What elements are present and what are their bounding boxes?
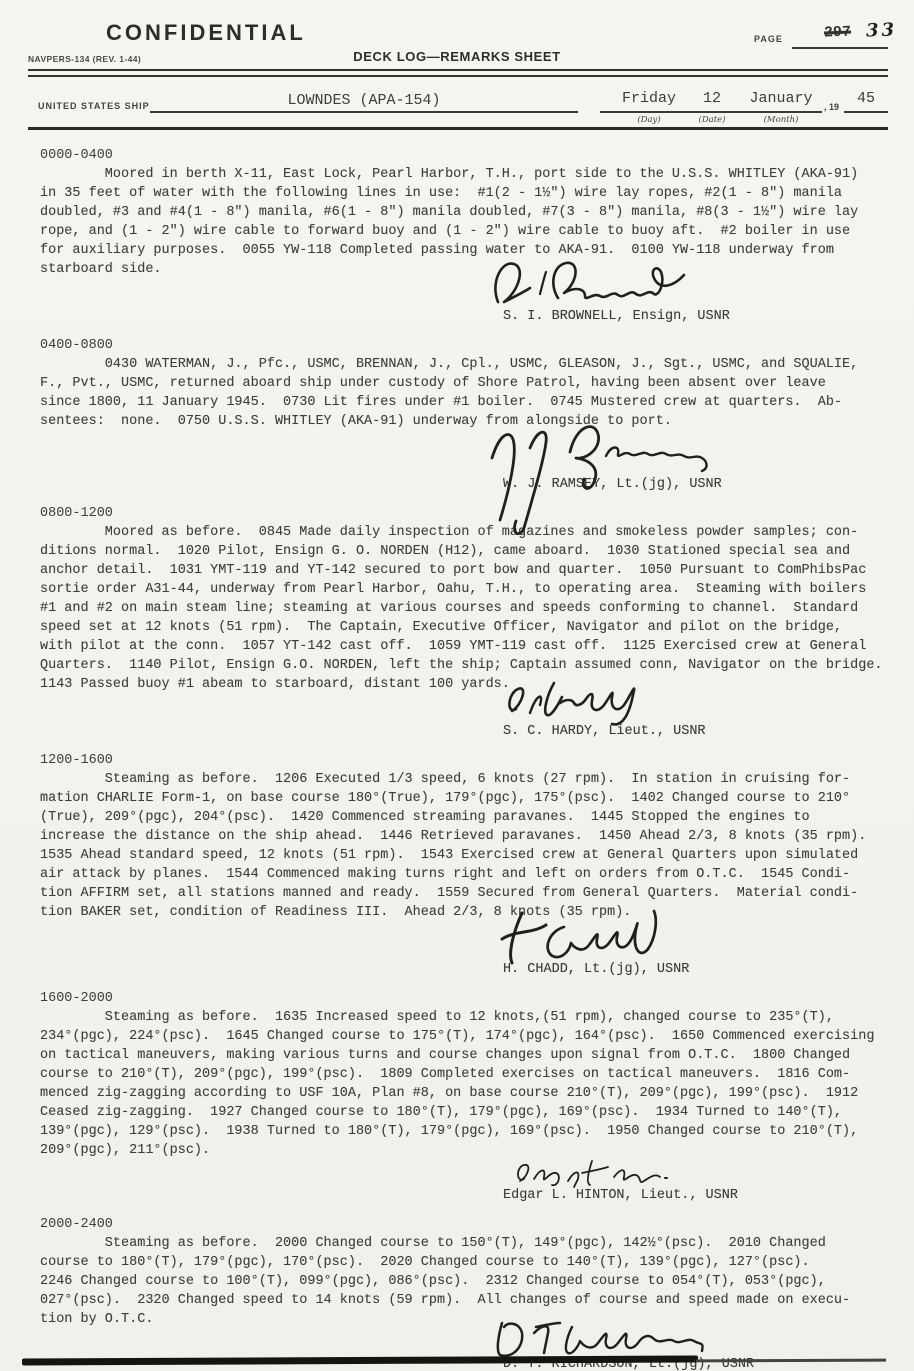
year-prefix: , 19 <box>824 102 839 112</box>
log-entry-1600-2000: 1600-2000 Steaming as before. 1635 Incre… <box>40 989 896 1205</box>
log-entry-2000-2400: 2000-2400 Steaming as before. 2000 Chang… <box>40 1215 896 1371</box>
watch-period-heading: 0400-0800 <box>40 336 896 355</box>
page-label: PAGE <box>754 34 783 44</box>
page-number-struck-out: 297 <box>824 24 852 42</box>
date-day-value: Friday <box>604 90 694 107</box>
page-number-handwritten: 33 <box>866 19 898 41</box>
typed-signature-line: S. C. HARDY, Lieut., USNR <box>503 722 896 741</box>
double-rule <box>28 69 888 77</box>
deck-log-remarks-sheet: CONFIDENTIAL PAGE 297 33 NAVPERS-134 (RE… <box>0 0 914 1371</box>
document-title: DECK LOG—REMARKS SHEET <box>0 49 914 64</box>
signature-block: S. I. BROWNELL, Ensign, USNR <box>40 307 896 326</box>
date-underline <box>600 111 822 113</box>
year-underline <box>844 111 888 113</box>
ship-name: LOWNDES (APA-154) <box>150 92 578 109</box>
log-entries: 0000-0400 Moored in berth X-11, East Loc… <box>40 136 896 1371</box>
typed-signature-line: W. J. RAMSEY, Lt.(jg), USNR <box>503 475 896 494</box>
heavy-rule <box>28 127 888 130</box>
watch-period-heading: 1200-1600 <box>40 751 896 770</box>
date-year-value: 45 <box>846 90 886 107</box>
watch-remarks-text: Steaming as before. 2000 Changed course … <box>40 1234 896 1329</box>
log-entry-1200-1600: 1200-1600 Steaming as before. 1206 Execu… <box>40 751 896 979</box>
watch-remarks-text: Steaming as before. 1206 Executed 1/3 sp… <box>40 770 896 922</box>
typed-signature-line: Edgar L. HINTON, Lieut., USNR <box>503 1186 896 1205</box>
typed-signature-line: H. CHADD, Lt.(jg), USNR <box>503 960 896 979</box>
log-entry-0000-0400: 0000-0400 Moored in berth X-11, East Loc… <box>40 146 896 326</box>
day-column-label: (Day) <box>604 115 694 125</box>
watch-period-heading: 0800-1200 <box>40 504 896 523</box>
date-column-label: (Date) <box>690 115 734 125</box>
month-column-label: (Month) <box>736 115 826 125</box>
form-header: CONFIDENTIAL PAGE 297 33 NAVPERS-134 (RE… <box>0 0 914 136</box>
date-date-value: 12 <box>690 90 734 107</box>
typed-signature-line: S. I. BROWNELL, Ensign, USNR <box>503 307 896 326</box>
log-entry-0400-0800: 0400-0800 0430 WATERMAN, J., Pfc., USMC,… <box>40 336 896 494</box>
signature-block: S. C. HARDY, Lieut., USNR <box>40 722 896 741</box>
watch-period-heading: 1600-2000 <box>40 989 896 1008</box>
ship-field-label: UNITED STATES SHIP <box>38 101 150 111</box>
watch-remarks-text: Moored as before. 0845 Made daily inspec… <box>40 523 896 694</box>
ship-name-underline <box>150 111 578 113</box>
watch-remarks-text: 0430 WATERMAN, J., Pfc., USMC, BRENNAN, … <box>40 355 896 431</box>
watch-remarks-text: Steaming as before. 1635 Increased speed… <box>40 1008 896 1160</box>
watch-period-heading: 2000-2400 <box>40 1215 896 1234</box>
signature-block: Edgar L. HINTON, Lieut., USNR <box>40 1186 896 1205</box>
watch-remarks-text: Moored in berth X-11, East Lock, Pearl H… <box>40 165 896 279</box>
signature-block: H. CHADD, Lt.(jg), USNR <box>40 960 896 979</box>
classification-stamp: CONFIDENTIAL <box>106 20 306 46</box>
log-entry-0800-1200: 0800-1200 Moored as before. 0845 Made da… <box>40 504 896 741</box>
watch-period-heading: 0000-0400 <box>40 146 896 165</box>
date-month-value: January <box>736 90 826 107</box>
signature-block: W. J. RAMSEY, Lt.(jg), USNR <box>40 475 896 494</box>
